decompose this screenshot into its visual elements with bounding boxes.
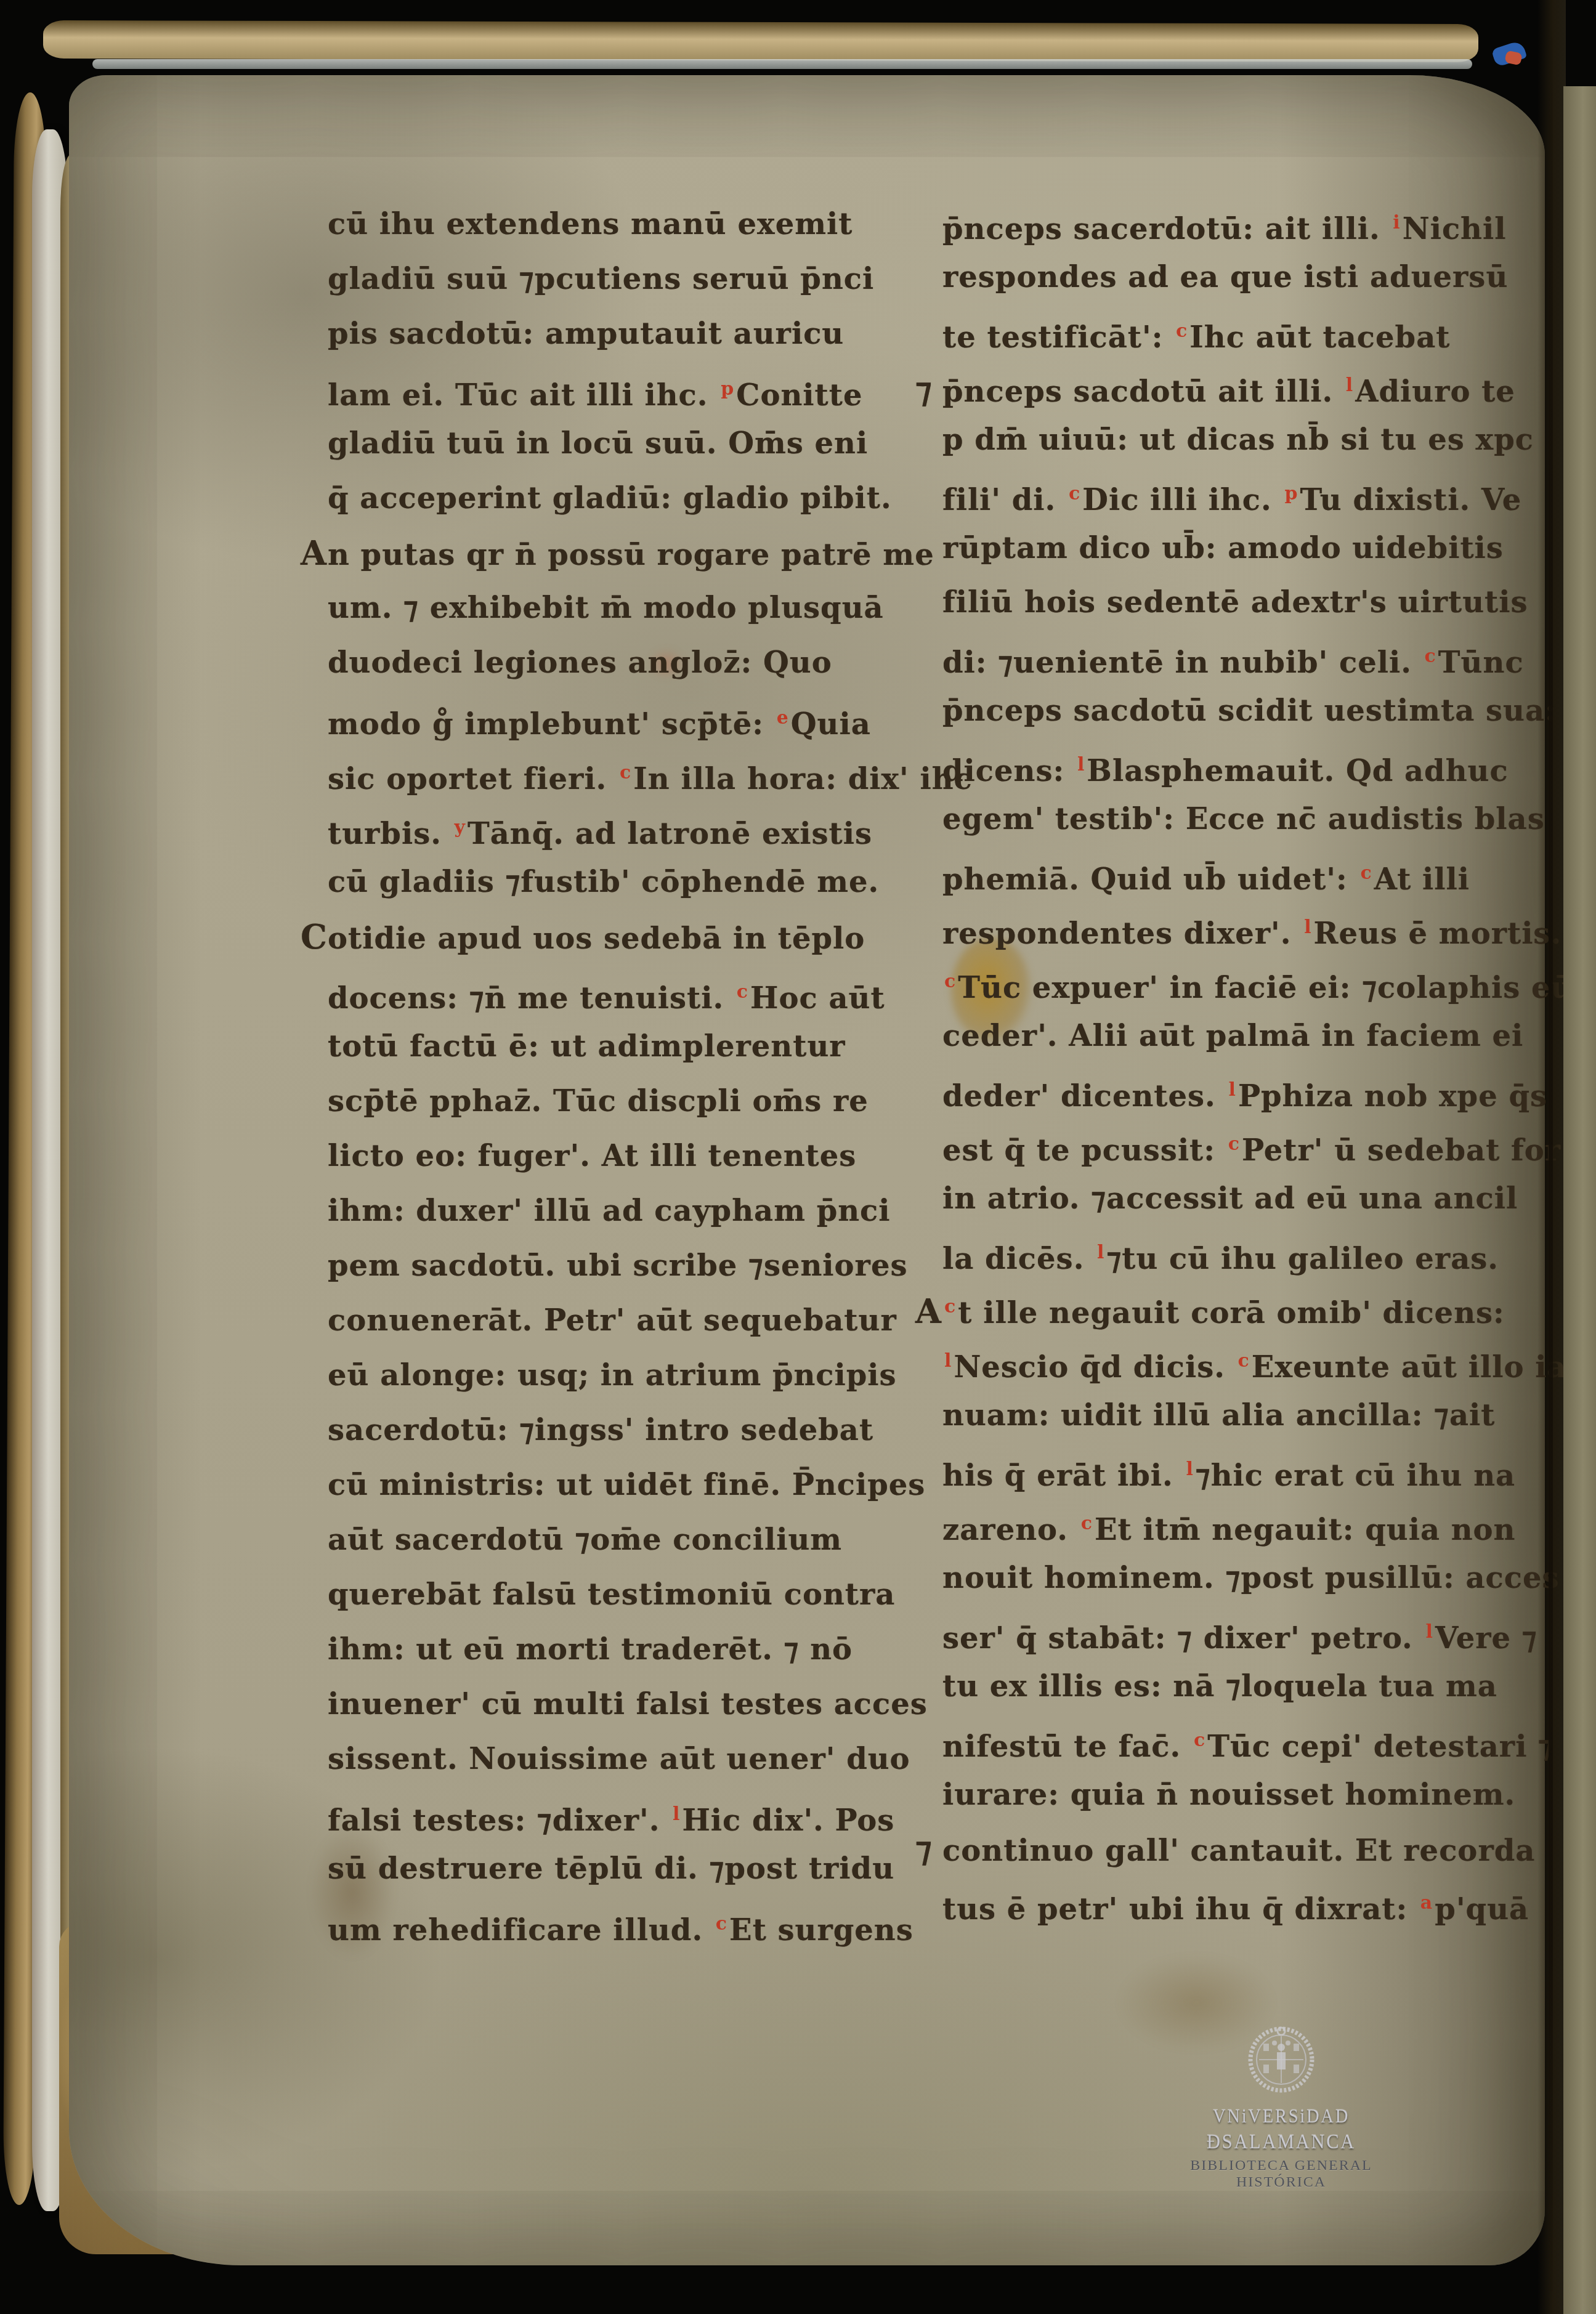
- ink-text: n putas qr n̄ possū rogare patrē me: [328, 538, 934, 572]
- ink-text: Et surgens: [729, 1913, 913, 1948]
- ink-text: sic oportet fieri.: [328, 762, 618, 796]
- rubric-mark: c: [1081, 1513, 1093, 1534]
- ink-text: docens: ⁊n̄ me tenuisti.: [328, 981, 735, 1016]
- rubric-mark: p: [1285, 483, 1298, 504]
- page-top-edge: [43, 20, 1478, 62]
- ink-text: his q̄ erāt ibi.: [942, 1458, 1184, 1493]
- ink-text: lam ei. Tūc ait illi ihc.: [328, 378, 719, 413]
- ink-text: ihm: ut eū morti traderēt. ⁊ nō: [328, 1632, 853, 1667]
- ink-text: Nescio q̄d dicis.: [954, 1350, 1236, 1385]
- manuscript-line: tus ē petr' ubi ihu q̄ dixrat: ap'quā: [915, 1876, 1537, 1930]
- manuscript-line: fili' di. cDic illi ihc. pTu dixisti. Ve: [915, 467, 1537, 521]
- manuscript-line: scp̄tē pphaz̄. Tūc discpli om̄s re: [301, 1074, 917, 1129]
- ink-text: duodeci legiones angloz̄: Quo: [328, 645, 832, 680]
- manuscript-line: Cotidie apud uos sedebā in tēplo: [301, 910, 917, 965]
- manuscript-line: nifestū te fac̄. cTūc cepi' detestari ⁊: [915, 1713, 1537, 1768]
- manuscript-line: p̄nceps sacerdotū: ait illi. iNichil: [915, 196, 1537, 250]
- photo-backdrop: cū ihu extendens manū exemitgladiū suū ⁊…: [0, 0, 1596, 2314]
- manuscript-line: est q̄ te pcussit: cPetr' ū sedebat for'…: [915, 1117, 1537, 1171]
- manuscript-line: totū factū ē: ut adimplerentur: [301, 1019, 917, 1074]
- ink-text: totū factū ē: ut adimplerentur: [328, 1029, 846, 1064]
- manuscript-line: his q̄ erāt ibi. l⁊hic erat cū ihu na: [915, 1442, 1537, 1497]
- rubric-mark: l: [1425, 1621, 1433, 1643]
- ink-text: Tūc cepi' detestari ⁊: [1207, 1729, 1553, 1764]
- manuscript-line: te testificāt': cIhc aūt tacebat: [915, 304, 1537, 358]
- manuscript-line: sū destruere tēplū di. ⁊post tridu: [301, 1842, 917, 1896]
- ink-text: Et itm̄ negauit: quia non: [1095, 1513, 1516, 1547]
- ink-text: Nichil: [1403, 212, 1507, 246]
- ink-text: cū gladiis ⁊fustib' cōphendē me.: [328, 865, 879, 899]
- rubric-mark: l: [1229, 1079, 1236, 1101]
- ink-text: otidie apud uos sedebā in tēplo: [328, 921, 865, 956]
- ink-text: ⁊tu cū ihu galileo eras.: [1106, 1242, 1499, 1276]
- ink-text: falsi testes: ⁊dixer'.: [328, 1803, 671, 1838]
- watermark-university-name: VNiVERSiDAD: [1157, 2105, 1406, 2127]
- ink-text: filiū hois sedentē adextr's uirtutis: [942, 585, 1528, 620]
- manuscript-line: respondes ad ea que isti aduersū: [915, 250, 1537, 304]
- ink-text: ⁊hic erat cū ihu na: [1196, 1458, 1515, 1493]
- ink-text: sacerdotū: ⁊ingss' intro sedebat: [328, 1413, 873, 1447]
- ink-text: ser' q̄ stabāt: ⁊ dixer' petro.: [942, 1621, 1424, 1656]
- manuscript-line: ser' q̄ stabāt: ⁊ dixer' petro. lVere ⁊: [915, 1605, 1537, 1659]
- rubric-mark: c: [1238, 1350, 1250, 1372]
- ink-text: respondentes dixer'.: [942, 916, 1302, 951]
- ink-text: aūt sacerdotū ⁊om̄e concilium: [328, 1523, 842, 1557]
- rubric-mark: c: [1176, 320, 1188, 342]
- ink-text: Vere ⁊: [1435, 1621, 1537, 1656]
- ink-text: p dm̄ uiuū: ut dicas nb̄ si tu es xpc: [942, 423, 1534, 457]
- column-right: p̄nceps sacerdotū: ait illi. iNichilresp…: [915, 196, 1537, 1930]
- manuscript-line: sic oportet fieri. cIn illa hora: dix' i…: [301, 745, 917, 800]
- rubric-mark: l: [1346, 374, 1353, 396]
- ink-text: scp̄tē pphaz̄. Tūc discpli om̄s re: [328, 1084, 869, 1119]
- ink-text: ihm: duxer' illū ad caypham p̄nci: [328, 1194, 891, 1228]
- rubric-mark: p: [721, 378, 734, 400]
- gutter-crease: [1549, 37, 1553, 2291]
- manuscript-line: egem' testib': Ecce nc̄ audistis blas: [915, 792, 1537, 846]
- rubric-mark: a: [1420, 1892, 1433, 1914]
- ink-text: in atrio. ⁊accessit ad eū una ancil: [942, 1181, 1518, 1216]
- manuscript-line: deder' dicentes. lPphiza nob xpe q̄s: [915, 1063, 1537, 1117]
- manuscript-line: cū ministris: ut uidēt finē. P̄ncipes: [301, 1458, 917, 1513]
- manuscript-line: in atrio. ⁊accessit ad eū una ancil: [915, 1171, 1537, 1226]
- manuscript-line: conuenerāt. Petr' aūt sequebatur: [301, 1293, 917, 1348]
- ink-text: Ihc aūt tacebat: [1189, 320, 1450, 355]
- manuscript-line: pis sacdotū: amputauit auricu: [301, 307, 917, 362]
- ink-text: respondes ad ea que isti aduersū: [942, 260, 1508, 294]
- ink-text: la dicēs.: [942, 1242, 1095, 1276]
- manuscript-line: la dicēs. l⁊tu cū ihu galileo eras.: [915, 1226, 1537, 1280]
- ink-text: egem' testib': Ecce nc̄ audistis blas: [942, 802, 1545, 836]
- rubric-mark: c: [716, 1913, 727, 1935]
- manuscript-line: ihm: ut eū morti traderēt. ⁊ nō: [301, 1622, 917, 1677]
- ink-text: rūptam dico ub̄: amodo uidebitis: [942, 531, 1504, 565]
- ink-text: sū destruere tēplū di. ⁊post tridu: [328, 1851, 894, 1886]
- manuscript-line: lNescio q̄d dicis. cExeunte aūt illo ia: [915, 1334, 1537, 1388]
- ink-text: modo g̊ implebunt' scp̄tē:: [328, 707, 775, 742]
- manuscript-line: ceder'. Alii aūt palmā in faciem ei: [915, 1009, 1537, 1063]
- ink-text: Tānq̄. ad latronē existis: [468, 817, 872, 851]
- manuscript-line: zareno. cEt itm̄ negauit: quia non: [915, 1497, 1537, 1551]
- rubric-mark: i: [1393, 212, 1400, 233]
- rubric-mark: l: [1186, 1458, 1193, 1480]
- marginal-initial: C: [301, 910, 328, 965]
- ink-text: di: ⁊uenientē in nubib' celi.: [942, 645, 1423, 680]
- ink-text: fili' di.: [942, 483, 1067, 517]
- ink-text: licto eo: fuger'. At illi tenentes: [328, 1139, 856, 1173]
- manuscript-line: eū alonge: usq; in atrium p̄ncipis: [301, 1348, 917, 1403]
- ink-text: Petr' ū sedebat for's: [1242, 1133, 1588, 1168]
- rubric-mark: c: [1194, 1729, 1205, 1751]
- ink-text: Blasphemauit. Qd adhuc: [1087, 754, 1508, 788]
- ink-text: Adiuro te: [1355, 374, 1515, 409]
- manuscript-line: cTūc expuer' in faciē ei: ⁊colaphis eū: [915, 955, 1537, 1009]
- manuscript-line: di: ⁊uenientē in nubib' celi. cTūnc: [915, 629, 1537, 684]
- ink-text: continuo gall' cantauit. Et recorda: [942, 1834, 1535, 1868]
- ink-text: tu ex illis es: nā ⁊loquela tua ma: [942, 1669, 1497, 1704]
- ink-text: dicens:: [942, 754, 1075, 788]
- manuscript-line: turbis. yTānq̄. ad latronē existis: [301, 800, 917, 855]
- ink-text: iurare: quia n̄ nouisset hominem.: [942, 1778, 1515, 1812]
- ink-text: pis sacdotū: amputauit auricu: [328, 317, 844, 351]
- ink-text: t ille negauit corā omib' dicens:: [958, 1296, 1505, 1330]
- rubric-mark: l: [1077, 754, 1085, 775]
- manuscript-line: rūptam dico ub̄: amodo uidebitis: [915, 521, 1537, 575]
- manuscript-line: cū gladiis ⁊fustib' cōphendē me.: [301, 855, 917, 910]
- ink-text: gladiū suū ⁊pcutiens seruū p̄nci: [328, 262, 874, 296]
- manuscript-line: gladiū tuū in locū suū. Om̄s eni: [301, 416, 917, 471]
- ink-text: Tūnc: [1438, 645, 1524, 680]
- facing-page-sliver: [1563, 86, 1596, 2314]
- ink-text: est q̄ te pcussit:: [942, 1133, 1226, 1168]
- manuscript-line: p dm̄ uiuū: ut dicas nb̄ si tu es xpc: [915, 413, 1537, 467]
- manuscript-line: nouit hominem. ⁊post pusillū: acces: [915, 1551, 1537, 1605]
- manuscript-line: p̄nceps sacdotū scidit uestimta sua:: [915, 684, 1537, 738]
- ink-text: At illi: [1374, 862, 1470, 897]
- manuscript-line: ⁊continuo gall' cantauit. Et recorda: [915, 1822, 1537, 1876]
- rubric-mark: c: [944, 1296, 956, 1317]
- manuscript-line: pem sacdotū. ubi scribe ⁊seniores: [301, 1239, 917, 1293]
- manuscript-line: sacerdotū: ⁊ingss' intro sedebat: [301, 1403, 917, 1458]
- manuscript-line: phemiā. Quid ub̄ uidet': cAt illi: [915, 846, 1537, 900]
- manuscript-line: ⁊p̄nceps sacdotū ait illi. lAdiuro te: [915, 358, 1537, 413]
- rubric-mark: c: [1069, 483, 1080, 504]
- rubric-mark: l: [944, 1350, 952, 1372]
- ink-text: inuener' cū multi falsi testes acces: [328, 1687, 928, 1721]
- manuscript-line: An putas qr n̄ possū rogare patrē me: [301, 526, 917, 581]
- manuscript-line: aūt sacerdotū ⁊om̄e concilium: [301, 1513, 917, 1568]
- ink-text: Tūc expuer' in faciē ei: ⁊colaphis eū: [958, 971, 1573, 1005]
- marginal-initial: A: [915, 1284, 942, 1338]
- manuscript-line: ihm: duxer' illū ad caypham p̄nci: [301, 1184, 917, 1239]
- ink-text: nuam: uidit illū alia ancilla: ⁊ait: [942, 1398, 1495, 1433]
- ink-text: Reus ē mortis.: [1314, 916, 1562, 951]
- ink-text: um rehedificare illud.: [328, 1913, 714, 1948]
- ink-text: p'quā: [1435, 1892, 1529, 1927]
- manuscript-line: Act ille negauit corā omib' dicens:: [915, 1280, 1537, 1334]
- rubric-mark: c: [1425, 645, 1436, 667]
- manuscript-line: um. ⁊ exhibebit m̄ modo plusquā: [301, 581, 917, 636]
- marginal-initial: ⁊: [915, 363, 942, 417]
- ink-text: deder' dicentes.: [942, 1079, 1227, 1114]
- manuscript-line: duodeci legiones angloz̄: Quo: [301, 636, 917, 690]
- manuscript-line: iurare: quia n̄ nouisset hominem.: [915, 1768, 1537, 1822]
- manuscript-line: licto eo: fuger'. At illi tenentes: [301, 1129, 917, 1184]
- manuscript-line: querebāt falsū testimoniū contra: [301, 1568, 917, 1622]
- manuscript-line: q̄ acceperint gladiū: gladio pibit.: [301, 471, 917, 526]
- manuscript-line: filiū hois sedentē adextr's uirtutis: [915, 575, 1537, 629]
- rubric-mark: c: [944, 971, 956, 992]
- manuscript-line: modo g̊ implebunt' scp̄tē: eQuia: [301, 690, 917, 745]
- manuscript-line: dicens: lBlasphemauit. Qd adhuc: [915, 738, 1537, 792]
- ink-text: conuenerāt. Petr' aūt sequebatur: [328, 1303, 897, 1338]
- manuscript-line: tu ex illis es: nā ⁊loquela tua ma: [915, 1659, 1537, 1713]
- ink-text: p̄nceps sacdotū scidit uestimta sua:: [942, 694, 1557, 728]
- ink-text: cū ministris: ut uidēt finē. P̄ncipes: [328, 1468, 925, 1502]
- rubric-mark: c: [737, 981, 748, 1003]
- manuscript-line: um rehedificare illud. cEt surgens: [301, 1896, 917, 1951]
- ink-text: sissent. Nouissime aūt uener' duo: [328, 1742, 910, 1776]
- rubric-mark: y: [455, 817, 466, 838]
- ink-text: phemiā. Quid ub̄ uidet':: [942, 862, 1358, 897]
- ink-text: gladiū tuū in locū suū. Om̄s eni: [328, 426, 868, 461]
- ink-text: um. ⁊ exhibebit m̄ modo plusquā: [328, 591, 884, 625]
- ink-text: tus ē petr' ubi ihu q̄ dixrat:: [942, 1892, 1419, 1927]
- column-left: cū ihu extendens manū exemitgladiū suū ⁊…: [301, 197, 917, 1951]
- ink-text: pem sacdotū. ubi scribe ⁊seniores: [328, 1248, 907, 1283]
- rubric-mark: c: [620, 762, 631, 783]
- marginal-initial: ⁊: [915, 1822, 942, 1876]
- ink-text: Hic dix'. Pos: [682, 1803, 894, 1838]
- manuscript-line: docens: ⁊n̄ me tenuisti. cHoc aūt: [301, 965, 917, 1019]
- ink-text: q̄ acceperint gladiū: gladio pibit.: [328, 481, 892, 516]
- ink-text: p̄nceps sacerdotū: ait illi.: [942, 212, 1391, 246]
- university-seal-icon: [1248, 2026, 1314, 2093]
- rubric-mark: l: [1097, 1242, 1104, 1263]
- manuscript-line: gladiū suū ⁊pcutiens seruū p̄nci: [301, 252, 917, 307]
- manuscript-line: falsi testes: ⁊dixer'. lHic dix'. Pos: [301, 1787, 917, 1842]
- rubric-mark: l: [1304, 916, 1311, 938]
- ink-text: p̄nceps sacdotū ait illi.: [942, 374, 1344, 409]
- watermark-university-name2: ÐSALAMANCA: [1157, 2131, 1406, 2154]
- ink-text: Dic illi ihc.: [1082, 483, 1282, 517]
- manuscript-line: inuener' cū multi falsi testes acces: [301, 1677, 917, 1732]
- ink-text: cū ihu extendens manū exemit: [328, 207, 853, 241]
- ink-text: nouit hominem. ⁊post pusillū: acces: [942, 1561, 1560, 1595]
- rubric-mark: l: [673, 1803, 680, 1825]
- ink-text: ceder'. Alii aūt palmā in faciem ei: [942, 1019, 1523, 1053]
- rubric-mark: e: [777, 707, 789, 729]
- ink-text: Quia: [791, 707, 871, 742]
- ink-text: te testificāt':: [942, 320, 1174, 355]
- ink-text: Tu dixisti. Ve: [1300, 483, 1521, 517]
- manuscript-line: respondentes dixer'. lReus ē mortis.: [915, 900, 1537, 955]
- watermark-library-name: BIBLIOTECA GENERAL HISTÓRICA: [1146, 2158, 1417, 2191]
- manuscript-line: nuam: uidit illū alia ancilla: ⁊ait: [915, 1388, 1537, 1442]
- marginal-initial: A: [301, 526, 328, 581]
- ink-text: zareno.: [942, 1513, 1079, 1547]
- ink-text: Pphiza nob xpe q̄s: [1238, 1079, 1547, 1114]
- ink-text: nifestū te fac̄.: [942, 1729, 1192, 1764]
- rubric-mark: c: [1228, 1133, 1240, 1155]
- ink-text: Exeunte aūt illo ia: [1252, 1350, 1567, 1385]
- manuscript-line: lam ei. Tūc ait illi ihc. pConitte: [301, 362, 917, 416]
- page-top-edge-highlight: [92, 59, 1472, 69]
- manuscript-line: sissent. Nouissime aūt uener' duo: [301, 1732, 917, 1787]
- ink-text: eū alonge: usq; in atrium p̄ncipis: [328, 1358, 897, 1393]
- manuscript-line: cū ihu extendens manū exemit: [301, 197, 917, 252]
- ink-text: Conitte: [736, 378, 862, 413]
- ink-text: Hoc aūt: [750, 981, 885, 1016]
- ink-text: querebāt falsū testimoniū contra: [328, 1577, 895, 1612]
- ink-text: turbis.: [328, 817, 453, 851]
- rubric-mark: c: [1360, 862, 1372, 884]
